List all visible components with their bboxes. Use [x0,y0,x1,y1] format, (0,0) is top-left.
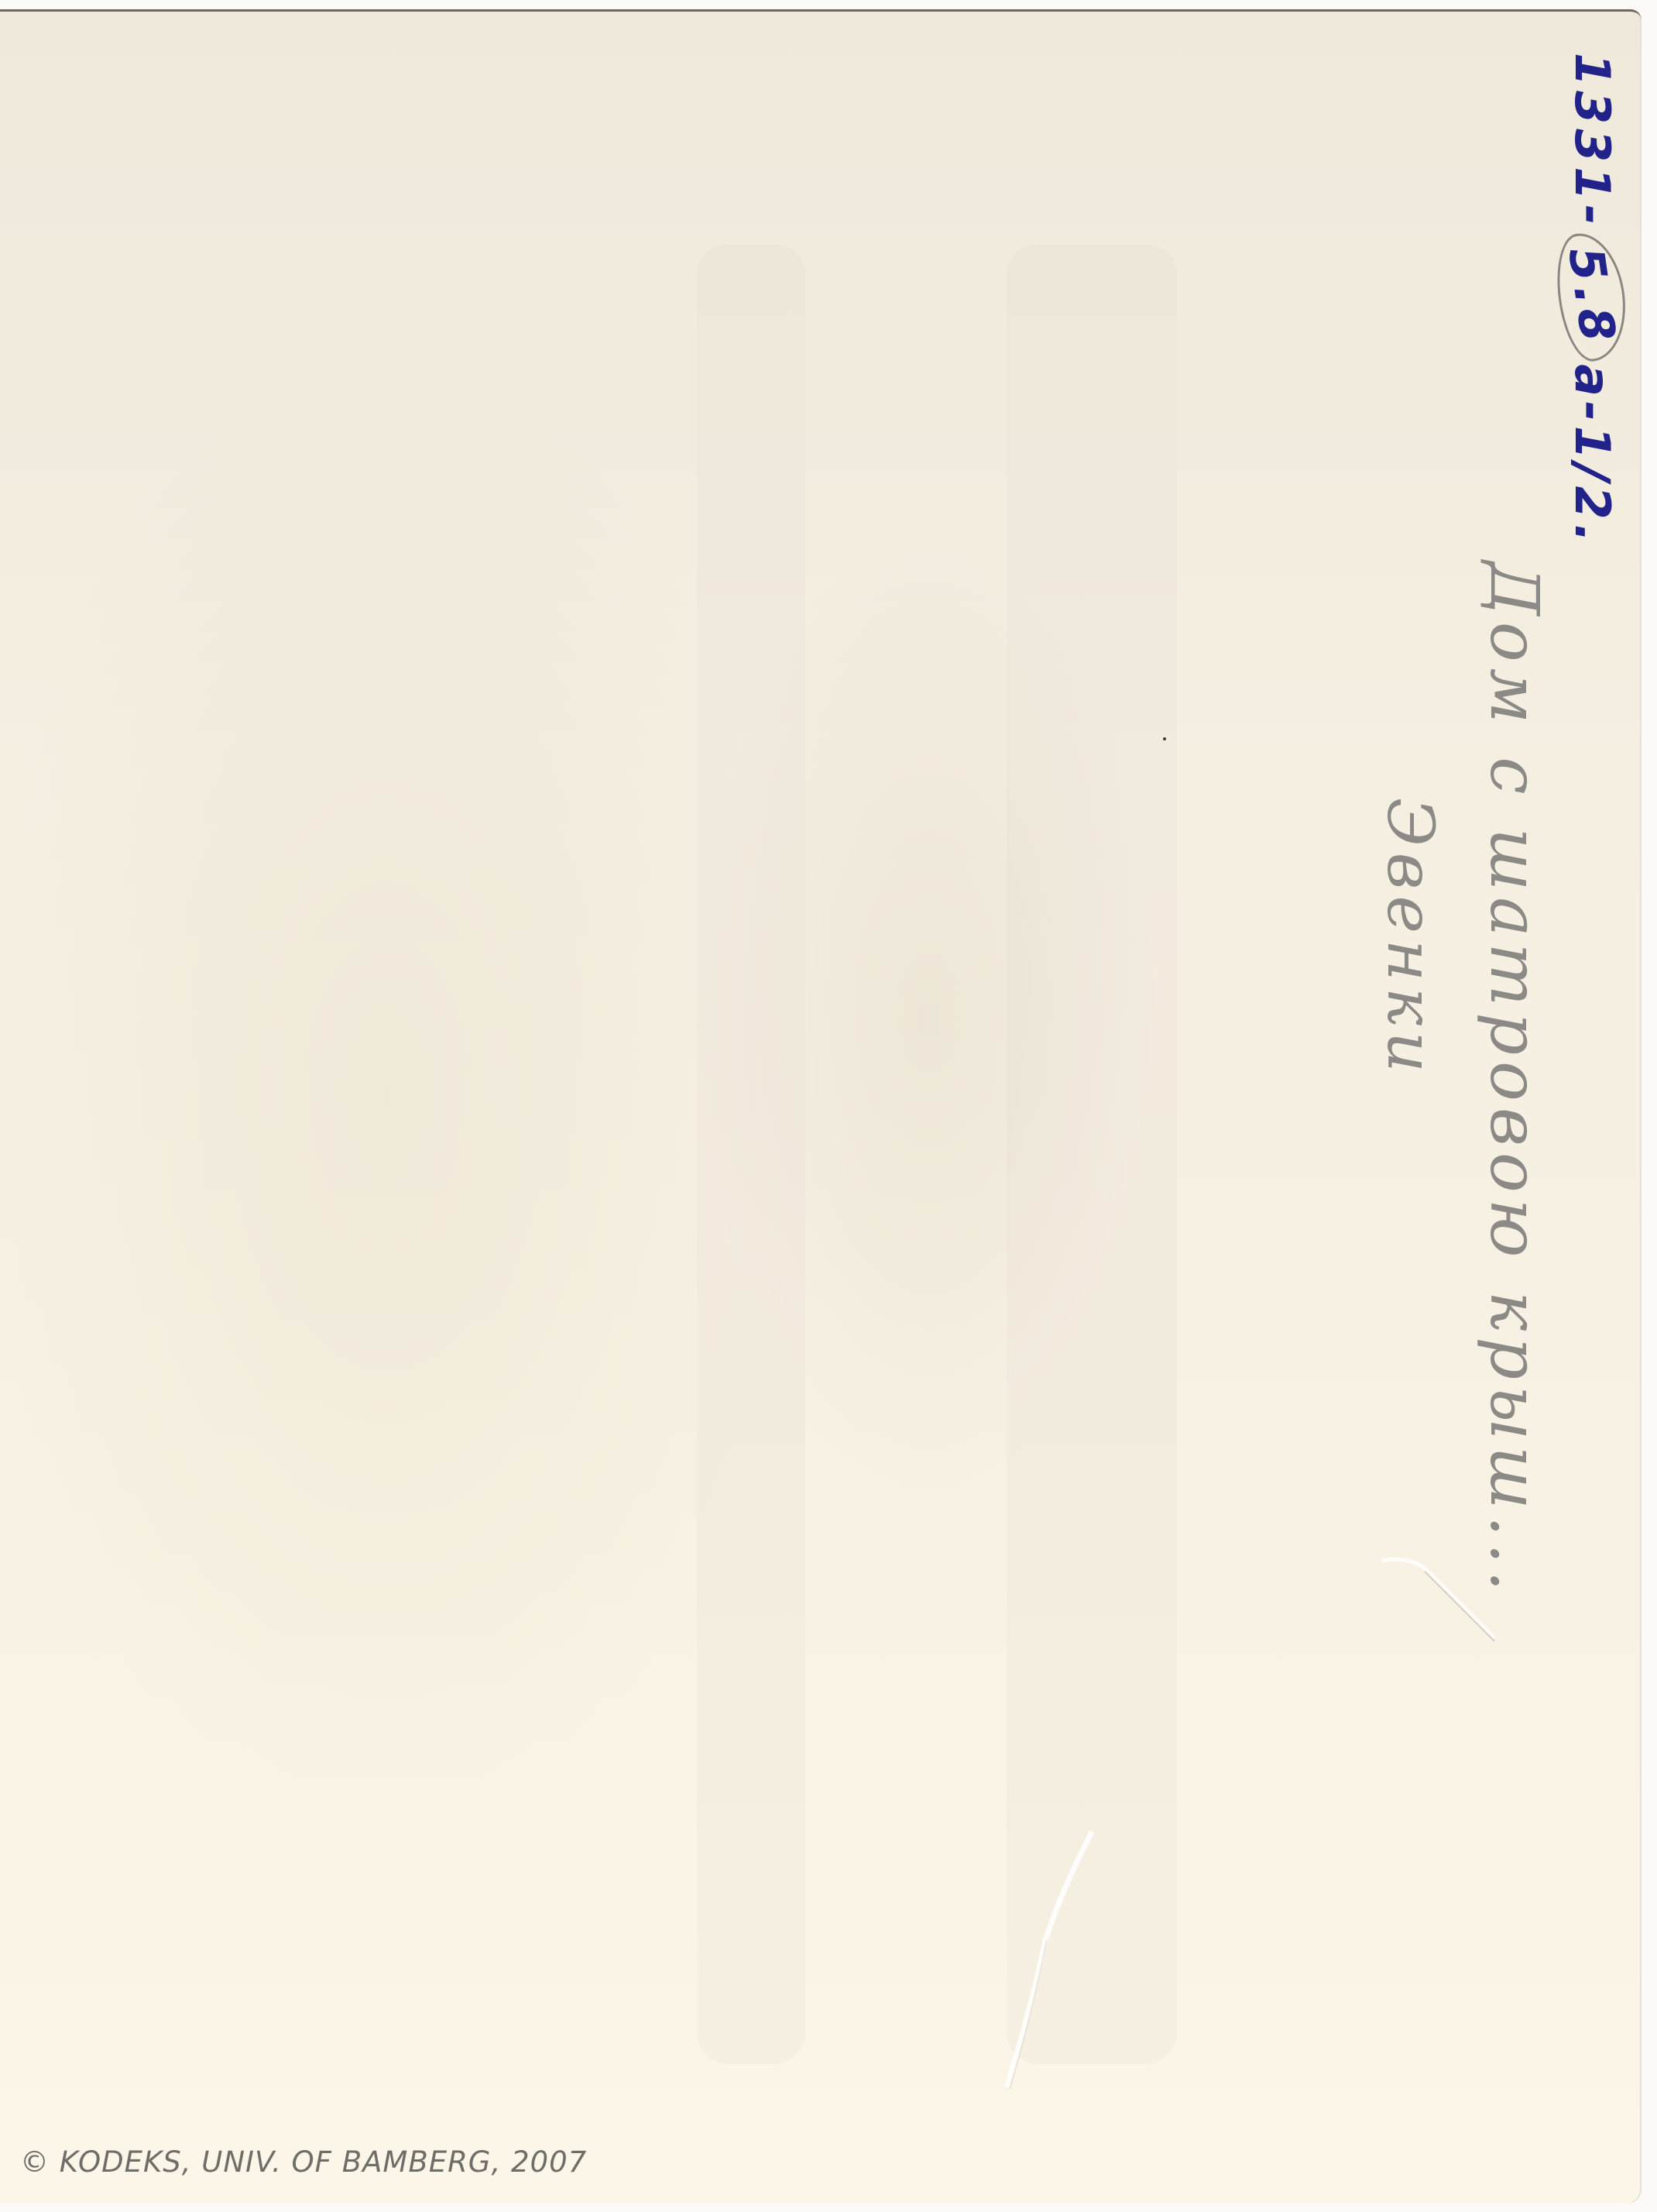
copyright-footer: © KODEKS, UNIV. OF BAMBERG, 2007 [20,2145,587,2179]
photo-paper-sheet [0,9,1642,2203]
emulsion-band [1007,244,1177,2064]
catalog-prefix: 1331- [1564,53,1621,229]
handwritten-caption-line-2: Эвенки [1373,798,1446,1079]
dust-speck [1163,737,1166,740]
handwritten-caption-line-1: Дом с шатровою крыш... [1475,562,1552,1598]
catalog-circled-number: 5.8 [1550,228,1633,365]
scanned-image: 1331-5.8a-1/2. Дом с шатровою крыш... Эв… [0,0,1657,2212]
catalog-number: 1331-5.8a-1/2. [1559,53,1624,547]
emulsion-band [697,244,805,2064]
catalog-suffix: a-1/2. [1564,364,1621,547]
